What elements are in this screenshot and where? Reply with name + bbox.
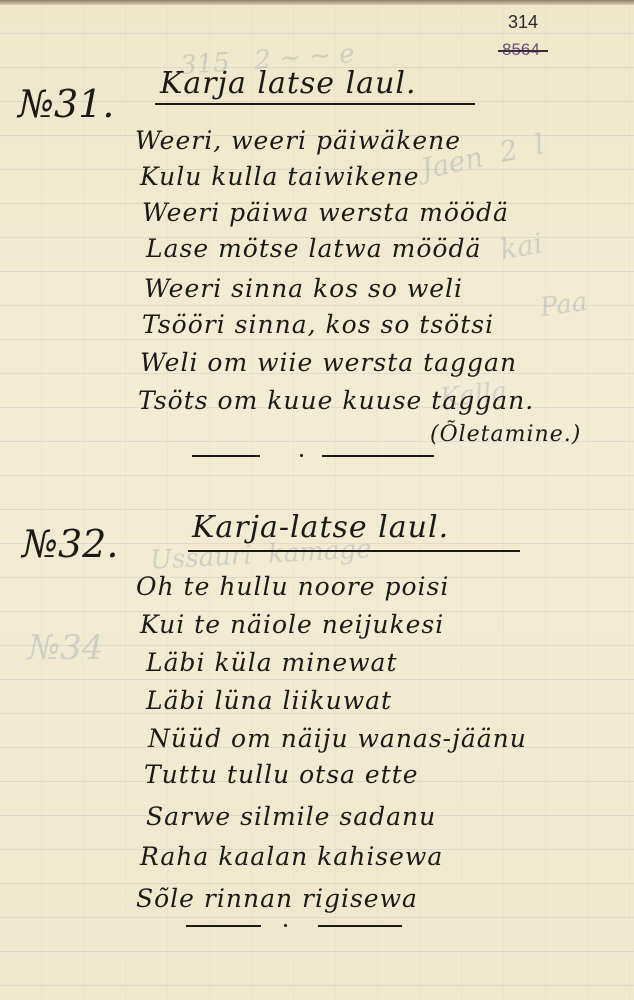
bleed-through-text: kai [497, 227, 545, 267]
verse-line: Oh te hullu noore poisi [136, 570, 449, 604]
title-underline [155, 103, 475, 105]
song-title-32: Karja-latse laul. [192, 510, 449, 545]
verse-line: Weeri, weeri päiwäkene [135, 124, 461, 158]
bleed-through-text: Paa [538, 287, 589, 323]
verse-line: Weeri sinna kos so weli [144, 272, 463, 306]
verse-line: Läbi küla minewat [146, 646, 398, 680]
section-divider-dot [284, 924, 287, 927]
manuscript-page: 315 2 ~ ~ e Jaen 2 l kai Paa Kalla Ussau… [0, 0, 634, 1000]
title-underline [188, 550, 520, 552]
section-divider [318, 925, 402, 927]
verse-line: Kulu kulla taiwikene [140, 160, 420, 194]
verse-line: Lase mötse latwa möödä [146, 232, 481, 266]
bleed-through-margin-number: №34 [28, 628, 103, 668]
song-title-31: Karja latse laul. [160, 66, 417, 101]
verse-line: Weli om wiie wersta taggan [140, 346, 517, 380]
archive-old-number-struck: 8564 [502, 40, 540, 60]
page-top-edge [0, 0, 634, 5]
verse-line: Tuttu tullu otsa ette [144, 758, 419, 792]
verse-line: Läbi lüna liikuwat [146, 684, 392, 718]
song-number-32: №32. [22, 522, 118, 566]
section-divider-dot [300, 454, 303, 457]
section-divider [192, 455, 260, 457]
verse-line: Kui te näiole neijukesi [140, 608, 444, 642]
song-number-31: №31. [18, 82, 114, 126]
section-divider [186, 925, 261, 927]
verse-line: Tsööri sinna, kos so tsötsi [142, 308, 494, 342]
verse-line: Sarwe silmile sadanu [146, 800, 436, 834]
section-divider [322, 455, 434, 457]
verse-line: Raha kaalan kahisewa [140, 840, 443, 874]
verse-line: Tsöts om kuue kuuse taggan. [138, 384, 534, 418]
verse-line: Weeri päiwa wersta möödä [142, 196, 509, 230]
verse-line: Sõle rinnan rigisewa [136, 882, 418, 916]
archive-page-number: 314 [508, 12, 538, 33]
verse-line: Nüüd om näiju wanas-jäänu [148, 722, 527, 756]
song-note: (Õletamine.) [430, 422, 581, 447]
